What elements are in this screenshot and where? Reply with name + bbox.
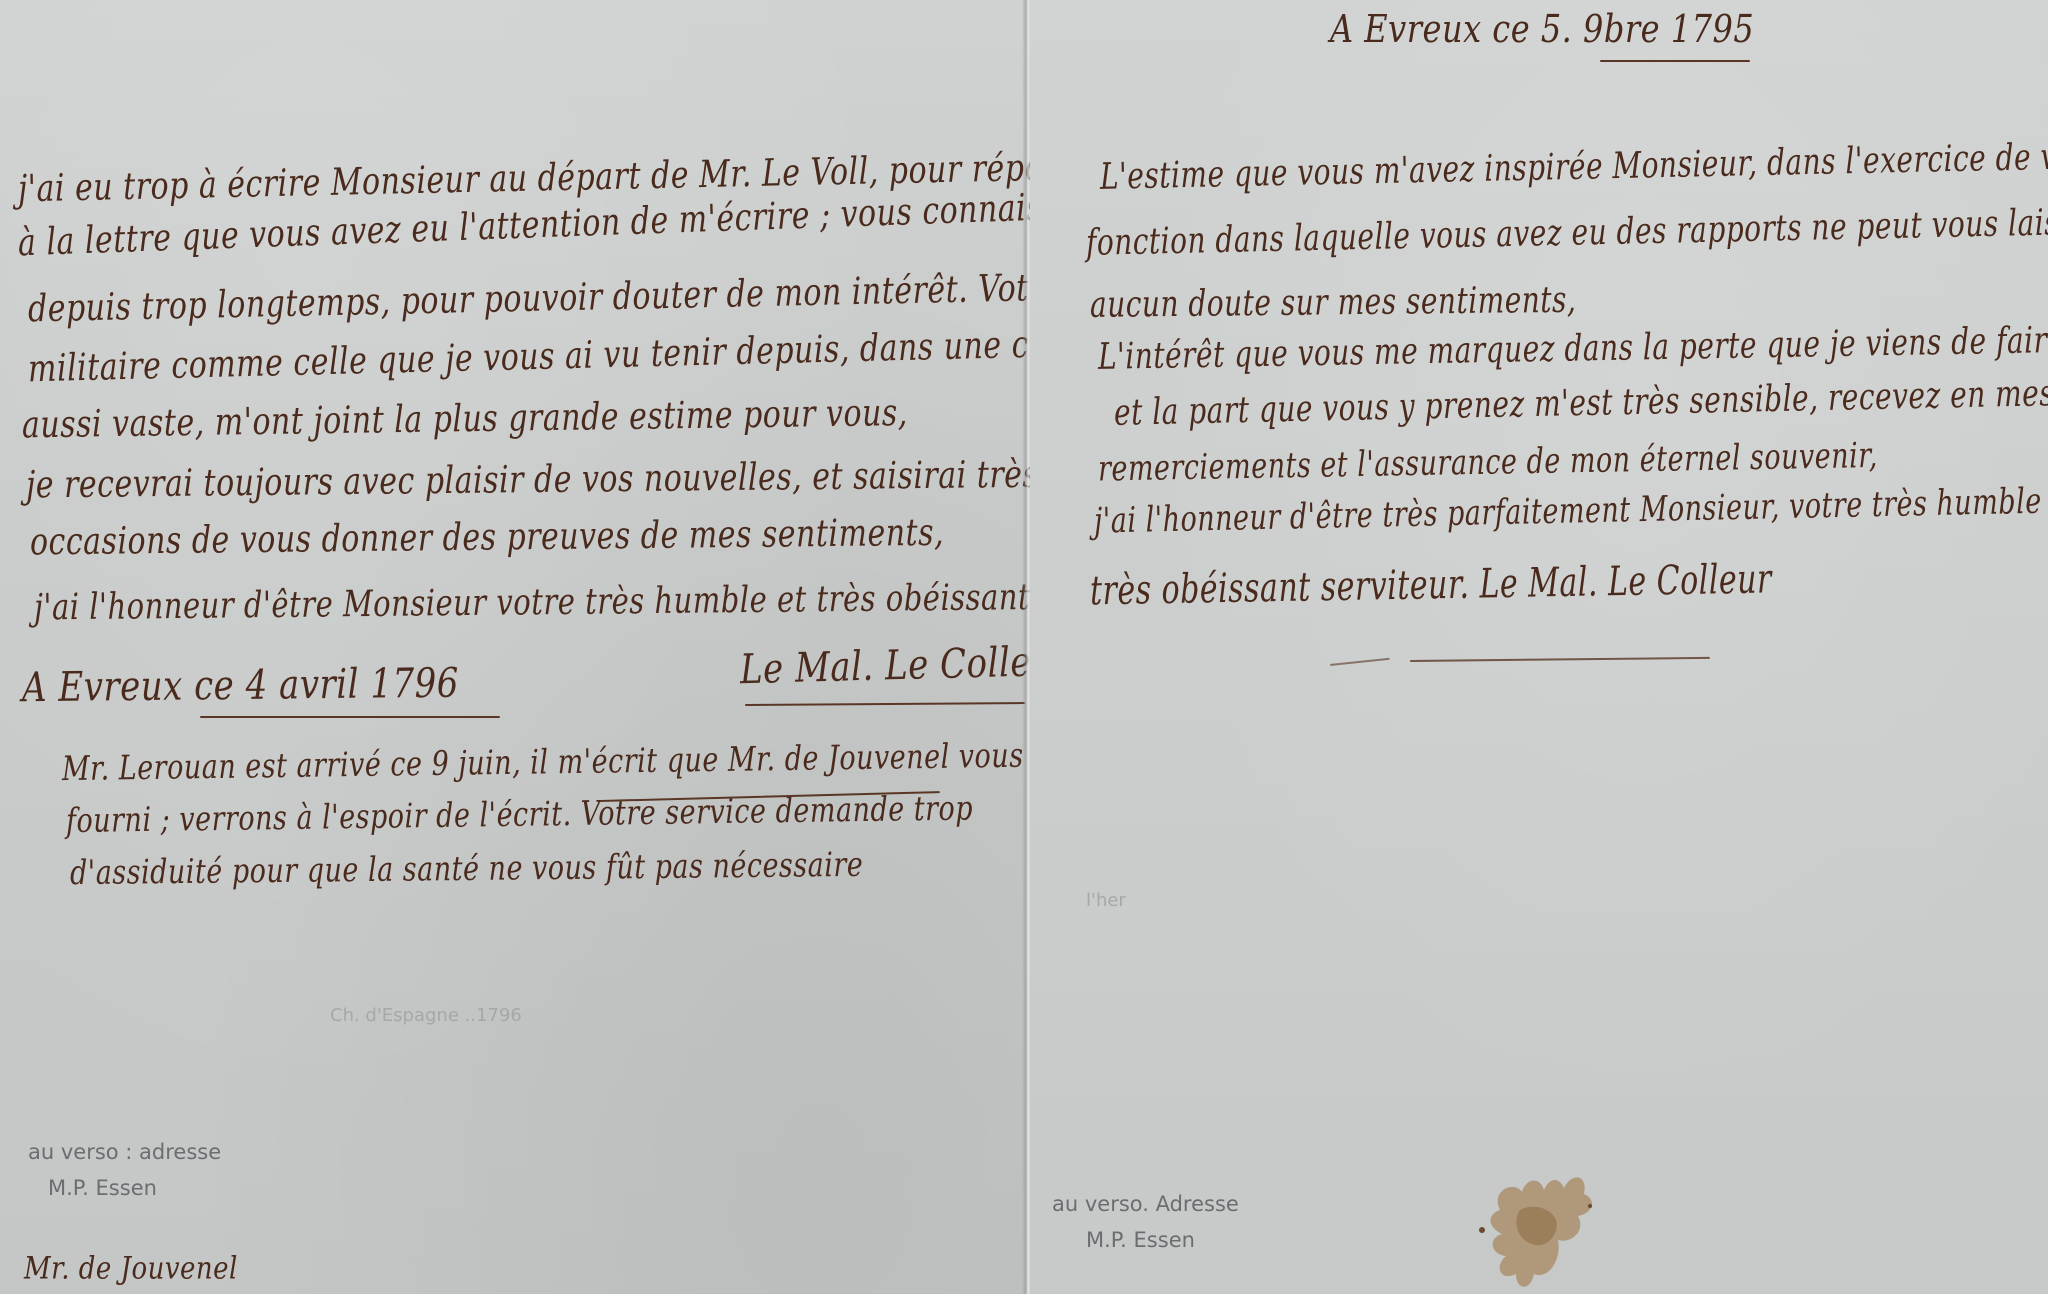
left-address-note-line1: au verso : adresse — [28, 1140, 221, 1164]
right-signature-flourish — [1410, 657, 1710, 662]
left-signature: Le Mal. Le Colleur — [739, 637, 1070, 694]
right-dateline-underline — [1600, 60, 1750, 62]
right-body-line-3: aucun doute sur mes sentiments, — [1090, 278, 1577, 326]
right-body-line-7: j'ai l'honneur d'être très parfaitement … — [1094, 481, 2048, 542]
right-page: A Evreux ce 5. 9bre 1795 L'estime que vo… — [1030, 0, 2048, 1294]
right-body-line-8-signature: très obéissant serviteur. Le Mal. Le Col… — [1090, 556, 1773, 615]
right-body-line-2: fonction dans laquelle vous avez eu des … — [1086, 200, 2048, 264]
right-body-line-6: remerciements et l'assurance de mon éter… — [1098, 436, 1878, 490]
left-dateline: A Evreux ce 4 avril 1796 — [22, 659, 459, 712]
left-body-line-7: occasions de vous donner des preuves de … — [30, 511, 944, 564]
right-dateline: A Evreux ce 5. 9bre 1795 — [1330, 6, 1754, 52]
right-body-line-4: L'intérêt que vous me marquez dans la pe… — [1098, 318, 2048, 378]
left-page: j'ai eu trop à écrire Monsieur au départ… — [0, 0, 1026, 1294]
left-postscript-line-2: fourni ; verrons à l'espoir de l'écrit. … — [66, 789, 974, 840]
left-faint-pencil-note: Ch. d'Espagne ..1796 — [330, 1005, 522, 1026]
right-small-pencil-mark: l'her — [1086, 890, 1126, 911]
left-body-line-5: aussi vaste, m'ont joint la plus grande … — [22, 391, 908, 447]
left-body-line-4: militaire comme celle que je vous ai vu … — [27, 320, 1138, 391]
left-postscript-line-3: d'assiduité pour que la santé ne vous fû… — [70, 846, 864, 893]
left-bottom-ink-note: Mr. de Jouvenel — [24, 1251, 238, 1287]
left-dateline-underline — [200, 716, 500, 718]
right-address-note-line1: au verso. Adresse — [1052, 1192, 1239, 1216]
ink-stain — [1460, 1170, 1620, 1294]
right-body-line-5: et la part que vous y prenez m'est très … — [1114, 371, 2048, 434]
right-signature-flourish-tick — [1330, 658, 1390, 666]
right-body-line-1: L'estime que vous m'avez inspirée Monsie… — [1100, 134, 2048, 198]
left-postscript-line-1: Mr. Lerouan est arrivé ce 9 juin, il m'é… — [62, 736, 1105, 789]
left-body-line-8: j'ai l'honneur d'être Monsieur votre trè… — [34, 574, 1178, 628]
left-signature-underline — [745, 702, 1025, 706]
right-address-note-line2: M.P. Essen — [1086, 1228, 1195, 1252]
left-address-note-line2: M.P. Essen — [48, 1176, 157, 1200]
